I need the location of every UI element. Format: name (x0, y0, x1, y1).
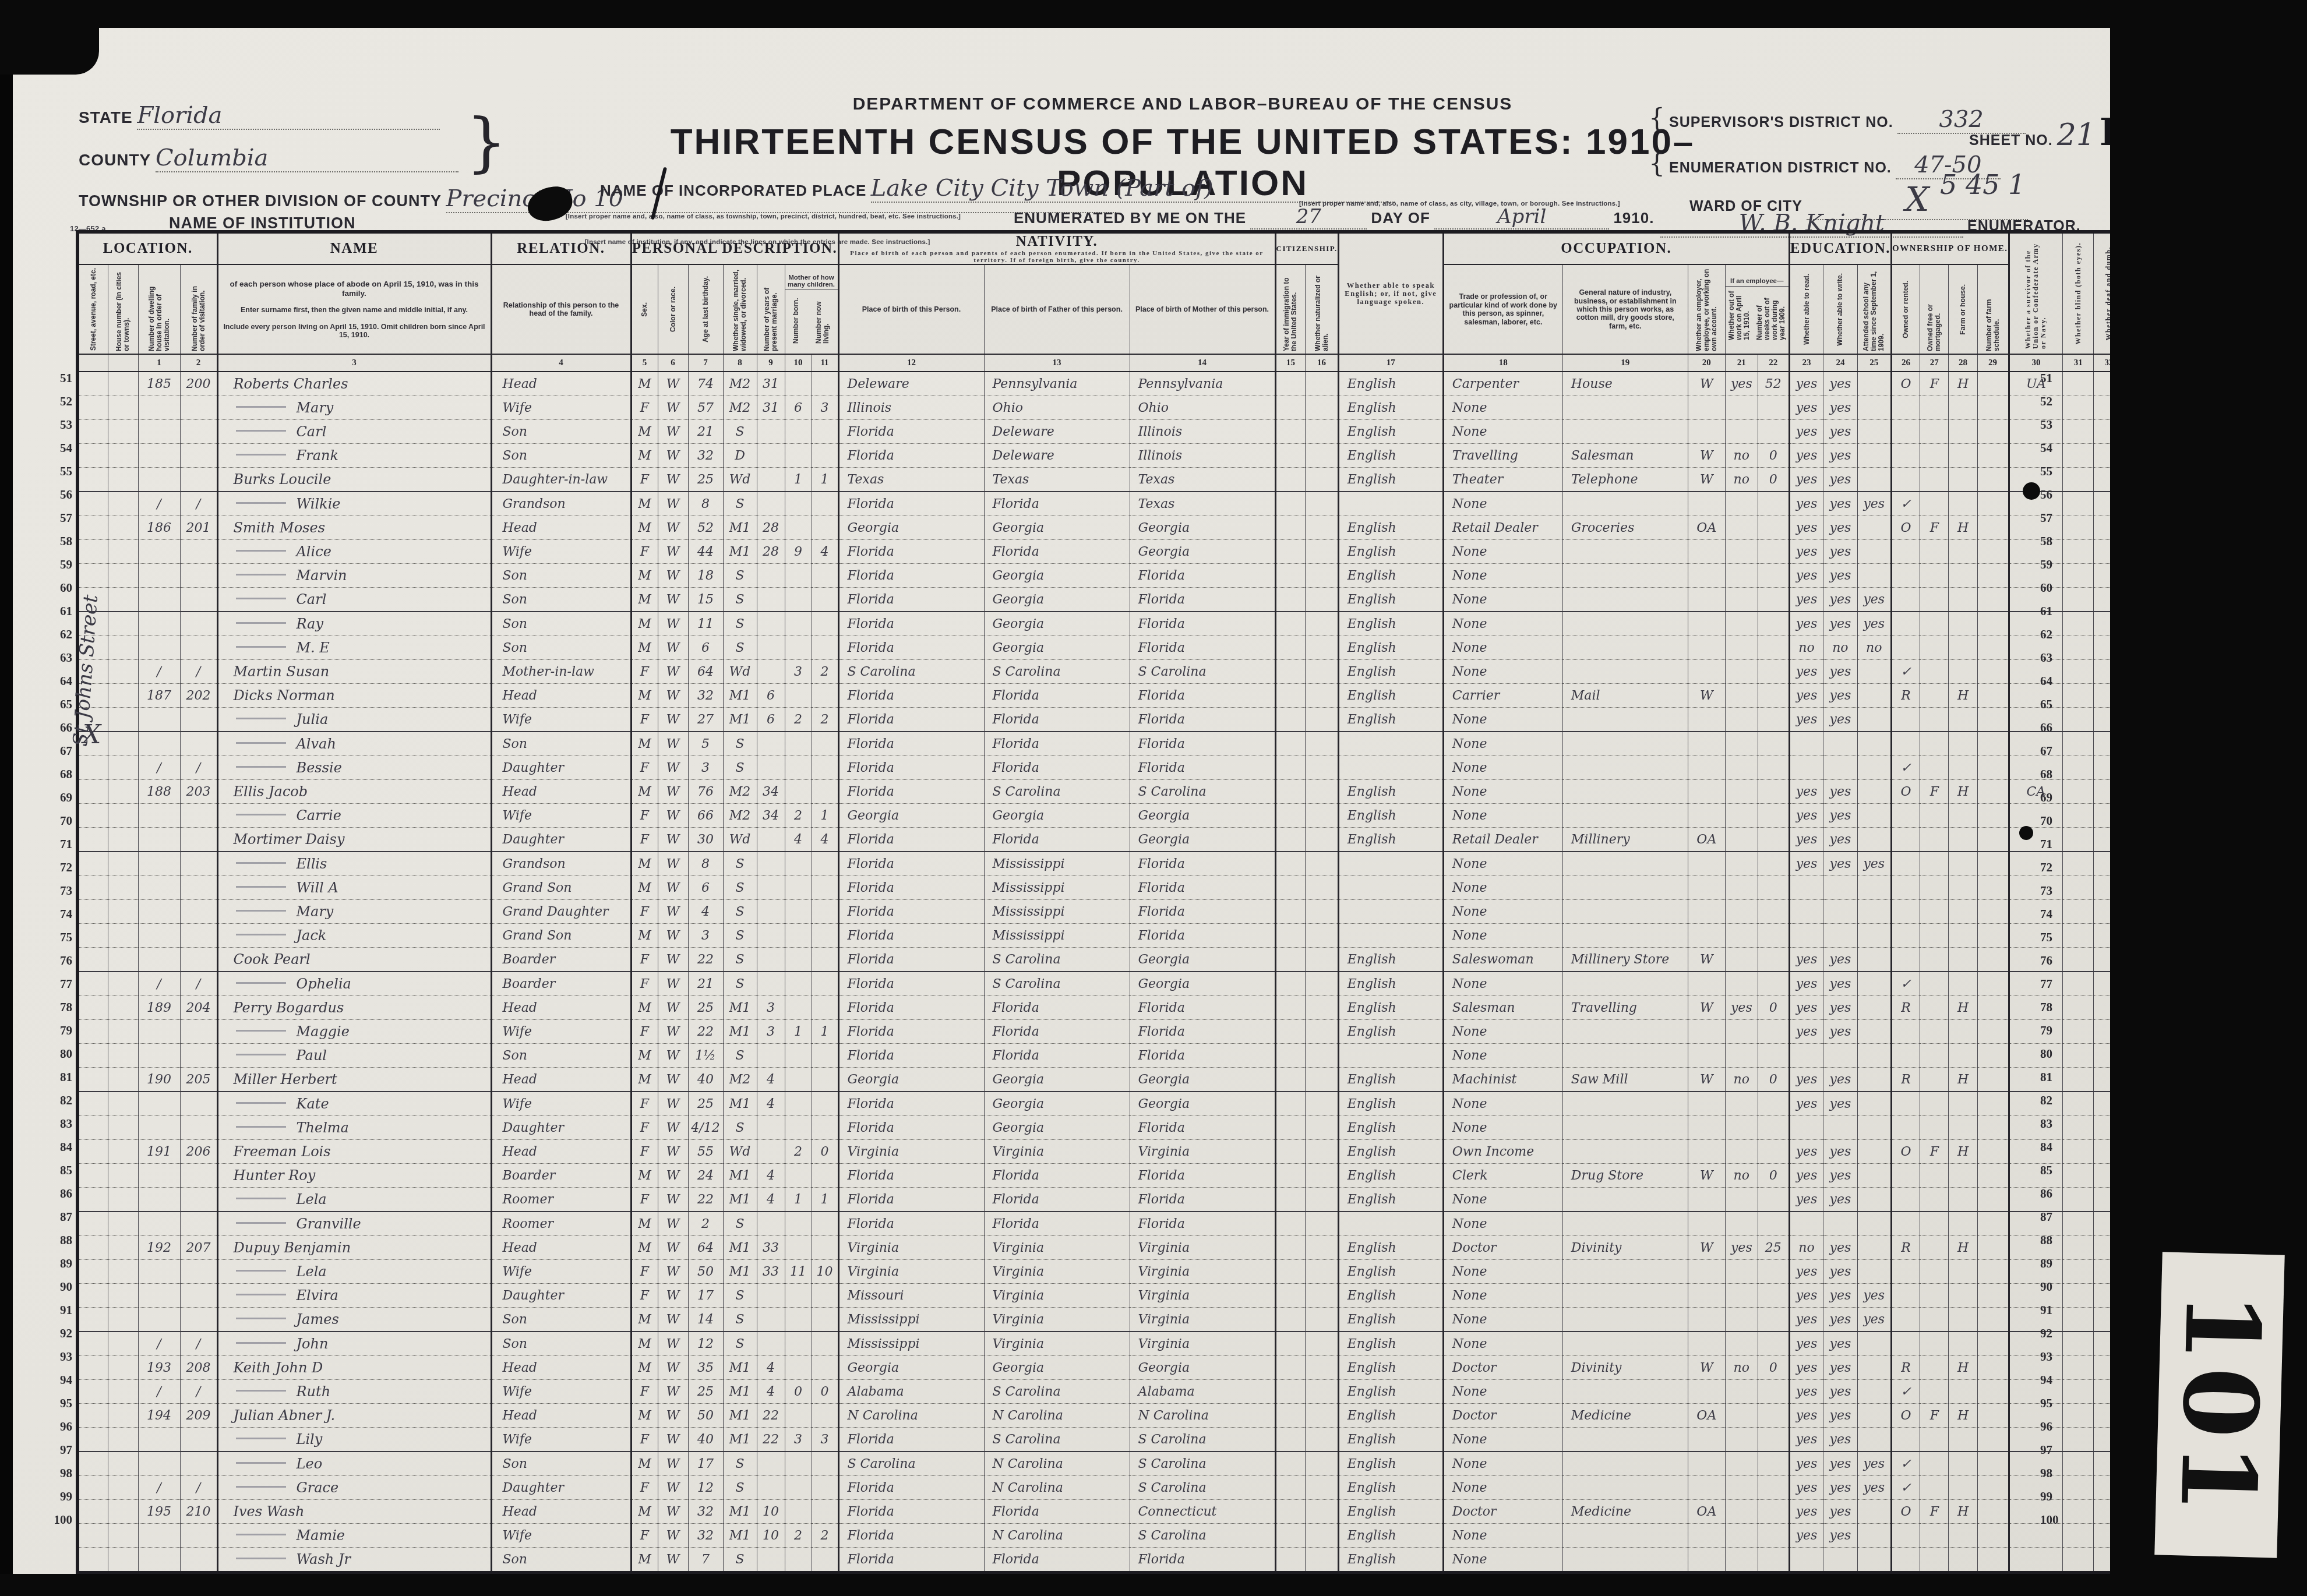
cell-born (785, 948, 812, 972)
cell-born (785, 1068, 812, 1092)
cell-read: yes (1789, 372, 1823, 396)
cell-dw (138, 732, 180, 756)
cell-industry (1562, 1452, 1688, 1476)
cell-school (1857, 708, 1891, 732)
cell-sex: M (631, 1452, 658, 1476)
cell-lang: English (1338, 1308, 1443, 1332)
cell-write: yes (1823, 1260, 1857, 1284)
cell-age: 74 (688, 372, 723, 396)
cell-dw: 186 (138, 516, 180, 540)
cell-weeks: 0 (1758, 444, 1789, 468)
cell-o28 (1949, 924, 1977, 948)
cell-marital: S (723, 924, 757, 948)
group-education: EDUCATION. (1789, 232, 1891, 264)
cell-o26: ✓ (1892, 1380, 1920, 1404)
brace-glyph: } (466, 105, 507, 179)
cell-born: 0 (785, 1380, 812, 1404)
line-number: 98 (45, 1461, 72, 1485)
cell-out (1725, 876, 1758, 900)
cell-weeks (1758, 1548, 1789, 1573)
cell-cls (1688, 588, 1725, 612)
column-number: 6 (658, 354, 688, 372)
cell-nat (1306, 780, 1339, 804)
cell-sex: M (631, 1356, 658, 1380)
cell-weeks (1758, 1332, 1789, 1356)
line-number: 63 (2040, 646, 2067, 669)
line-number: 77 (45, 972, 72, 995)
cell-born (785, 996, 812, 1020)
cell-relation: Wife (491, 1020, 631, 1044)
cell-age: 24 (688, 1164, 723, 1188)
cell-nat (1306, 636, 1339, 660)
cell-street (77, 492, 108, 516)
group-relation: RELATION. (491, 232, 631, 264)
col-language: Whether able to speak English; or, if no… (1338, 232, 1443, 354)
column-number: 14 (1130, 354, 1275, 372)
cell-name: Leo (217, 1452, 491, 1476)
cell-dw: 192 (138, 1236, 180, 1260)
cell-age: 14 (688, 1308, 723, 1332)
cell-age: 15 (688, 588, 723, 612)
cell-school (1857, 420, 1891, 444)
table-row: CarrieWifeFW66M23421GeorgiaGeorgiaGeorgi… (77, 804, 2126, 828)
cell-color: W (658, 564, 688, 588)
cell-dw (138, 1020, 180, 1044)
cell-age: 6 (688, 876, 723, 900)
cell-school (1857, 1356, 1891, 1380)
line-number: 52 (2040, 390, 2067, 413)
cell-industry (1562, 1428, 1688, 1452)
cell-pom: Virginia (1130, 1236, 1275, 1260)
cell-pob: Mississippi (838, 1332, 984, 1356)
scan-margin-top (0, 0, 2307, 28)
cell-pom: Virginia (1130, 1332, 1275, 1356)
line-number: 86 (2040, 1182, 2067, 1205)
scan-corner-blob (0, 0, 99, 75)
cell-born: 6 (785, 396, 812, 420)
cell-blind (2063, 1044, 2094, 1068)
cell-dw (138, 636, 180, 660)
cell-trade: None (1443, 1308, 1562, 1332)
cell-yrs (757, 948, 785, 972)
cell-imm (1275, 468, 1306, 492)
cell-o26 (1892, 708, 1920, 732)
cell-pob: Florida (838, 780, 984, 804)
cell-school (1857, 780, 1891, 804)
cell-cls (1688, 1092, 1725, 1116)
cell-relation: Wife (491, 540, 631, 564)
col-owned-rented: Owned or rented. (1892, 264, 1920, 354)
cell-nat (1306, 1068, 1339, 1092)
cell-cls: W (1688, 1068, 1725, 1092)
cell-house (108, 732, 138, 756)
cell-name: Dicks Norman (217, 684, 491, 708)
cell-name: Carrie (217, 804, 491, 828)
cell-sex: F (631, 1524, 658, 1548)
table-row: ElviraDaughterFW17SMissouriVirginiaVirgi… (77, 1284, 2126, 1308)
cell-marital: M1 (723, 684, 757, 708)
table-row: KateWifeFW25M14FloridaGeorgiaGeorgiaEngl… (77, 1092, 2126, 1116)
cell-industry (1562, 708, 1688, 732)
cell-lang: English (1338, 516, 1443, 540)
cell-industry (1562, 1140, 1688, 1164)
column-number: 10 (785, 354, 812, 372)
cell-o26 (1892, 828, 1920, 852)
cell-marital: S (723, 1548, 757, 1573)
cell-out (1725, 948, 1758, 972)
cell-nat (1306, 1308, 1339, 1332)
cell-marital: M1 (723, 1356, 757, 1380)
cell-imm (1275, 708, 1306, 732)
cell-born (785, 900, 812, 924)
cell-sex: M (631, 1212, 658, 1236)
cell-o27 (1920, 420, 1949, 444)
cell-blind (2063, 708, 2094, 732)
cell-weeks (1758, 1428, 1789, 1452)
cell-fam: 202 (180, 684, 217, 708)
cell-dw: / (138, 492, 180, 516)
line-number: 75 (45, 926, 72, 949)
cell-lang: English (1338, 1140, 1443, 1164)
cell-fam (180, 828, 217, 852)
enumerated-day: 27 (1296, 205, 1321, 228)
cell-born (785, 732, 812, 756)
cell-dw: 187 (138, 684, 180, 708)
cell-house (108, 996, 138, 1020)
line-number: 64 (45, 669, 72, 693)
cell-blind (2063, 1140, 2094, 1164)
cell-cls: W (1688, 1236, 1725, 1260)
cell-pob: Georgia (838, 1356, 984, 1380)
cell-lang: English (1338, 612, 1443, 636)
cell-age: 32 (688, 1524, 723, 1548)
cell-industry (1562, 612, 1688, 636)
cell-age: 22 (688, 1020, 723, 1044)
table-row: AlvahSonMW5SFloridaFloridaFloridaNone (77, 732, 2126, 756)
cell-house (108, 876, 138, 900)
line-number: 54 (2040, 436, 2067, 460)
cell-lang: English (1338, 1476, 1443, 1500)
cell-read (1789, 1548, 1823, 1573)
cell-dw (138, 1092, 180, 1116)
cell-lang: English (1338, 1092, 1443, 1116)
cell-out (1725, 1116, 1758, 1140)
line-number: 71 (45, 832, 72, 856)
cell-sex: M (631, 1548, 658, 1573)
cell-write (1823, 876, 1857, 900)
column-number: 7 (688, 354, 723, 372)
cell-sex: F (631, 1284, 658, 1308)
cell-yrs (757, 828, 785, 852)
cell-write: yes (1823, 1452, 1857, 1476)
cell-nat (1306, 660, 1339, 684)
cell-o29 (1977, 636, 2009, 660)
table-row: 194209Julian Abner J.HeadMW50M122N Carol… (77, 1404, 2126, 1428)
cell-weeks: 52 (1758, 372, 1789, 396)
cell-write: yes (1823, 444, 1857, 468)
cell-pof: S Carolina (984, 972, 1130, 996)
cell-sex: M (631, 492, 658, 516)
cell-house (108, 1140, 138, 1164)
cell-born (785, 372, 812, 396)
line-number: 53 (2040, 413, 2067, 436)
cell-o29 (1977, 1500, 2009, 1524)
cell-color: W (658, 804, 688, 828)
cell-relation: Grandson (491, 492, 631, 516)
table-row: MaryGrand DaughterFW4SFloridaMississippi… (77, 900, 2126, 924)
cell-age: 1½ (688, 1044, 723, 1068)
cell-out (1725, 492, 1758, 516)
cell-nat (1306, 756, 1339, 780)
line-number: 81 (45, 1065, 72, 1089)
table-row: PaulSonMW1½SFloridaFloridaFloridaNone (77, 1044, 2126, 1068)
cell-dw (138, 876, 180, 900)
line-number: 65 (45, 693, 72, 716)
cell-color: W (658, 924, 688, 948)
cell-blind (2063, 1092, 2094, 1116)
cell-out: no (1725, 1356, 1758, 1380)
cell-yrs (757, 636, 785, 660)
cell-living: 4 (812, 540, 838, 564)
cell-relation: Boarder (491, 972, 631, 996)
cell-school: yes (1857, 852, 1891, 876)
table-row: 186201Smith MosesHeadMW52M128GeorgiaGeor… (77, 516, 2126, 540)
cell-yrs (757, 924, 785, 948)
cell-name: Keith John D (217, 1356, 491, 1380)
cell-out: no (1725, 444, 1758, 468)
cell-weeks: 0 (1758, 1164, 1789, 1188)
cell-marital: S (723, 756, 757, 780)
cell-industry (1562, 588, 1688, 612)
line-number: 100 (2040, 1508, 2067, 1531)
cell-school (1857, 1548, 1891, 1573)
cell-pof: Florida (984, 492, 1130, 516)
cell-born (785, 684, 812, 708)
cell-write: yes (1823, 780, 1857, 804)
cell-blind (2063, 540, 2094, 564)
table-row: ThelmaDaughterFW4/12SFloridaGeorgiaFlori… (77, 1116, 2126, 1140)
cell-o26 (1892, 396, 1920, 420)
cell-relation: Son (491, 420, 631, 444)
cell-pob: Alabama (838, 1380, 984, 1404)
cell-nat (1306, 420, 1339, 444)
cell-fam: 200 (180, 372, 217, 396)
cell-trade: None (1443, 1116, 1562, 1140)
cell-age: 3 (688, 756, 723, 780)
cell-fam (180, 1092, 217, 1116)
cell-sex: M (631, 516, 658, 540)
cell-color: W (658, 636, 688, 660)
cell-lang: English (1338, 564, 1443, 588)
cell-dw (138, 1284, 180, 1308)
cell-name: Lela (217, 1260, 491, 1284)
cell-dw (138, 1212, 180, 1236)
cell-living (812, 588, 838, 612)
cell-write: yes (1823, 540, 1857, 564)
cell-blind (2063, 564, 2094, 588)
cell-school (1857, 1092, 1891, 1116)
cell-dw (138, 1164, 180, 1188)
line-number: 60 (45, 576, 72, 599)
cell-pom: Florida (1130, 1212, 1275, 1236)
cell-blind (2063, 900, 2094, 924)
cell-weeks (1758, 1380, 1789, 1404)
cell-out (1725, 1140, 1758, 1164)
cell-o26: R (1892, 1068, 1920, 1092)
cell-living (812, 1068, 838, 1092)
cell-pom: Virginia (1130, 1140, 1275, 1164)
cell-write: yes (1823, 948, 1857, 972)
cell-pob: Florida (838, 996, 984, 1020)
cell-sex: M (631, 1308, 658, 1332)
cell-o27 (1920, 1308, 1949, 1332)
cell-o28 (1949, 396, 1977, 420)
cell-industry (1562, 1380, 1688, 1404)
cell-o27 (1920, 1212, 1949, 1236)
cell-weeks (1758, 684, 1789, 708)
cell-write (1823, 924, 1857, 948)
cell-school (1857, 1212, 1891, 1236)
cell-name: Burks Loucile (217, 468, 491, 492)
cell-o29 (1977, 516, 2009, 540)
cell-o29 (1977, 1236, 2009, 1260)
cell-fam (180, 588, 217, 612)
cell-nat (1306, 972, 1339, 996)
cell-name: Roberts Charles (217, 372, 491, 396)
cell-age: 11 (688, 612, 723, 636)
cell-house (108, 1380, 138, 1404)
cell-color: W (658, 852, 688, 876)
cell-nat (1306, 1116, 1339, 1140)
cell-living (812, 516, 838, 540)
cell-pom: Georgia (1130, 540, 1275, 564)
cell-living (812, 1500, 838, 1524)
cell-imm (1275, 996, 1306, 1020)
cell-weeks (1758, 1044, 1789, 1068)
cell-cls: W (1688, 444, 1725, 468)
cell-cls (1688, 1476, 1725, 1500)
cell-imm (1275, 948, 1306, 972)
table-row: MaryWifeFW57M23163IllinoisOhioOhioEnglis… (77, 396, 2126, 420)
cell-nat (1306, 372, 1339, 396)
cell-weeks (1758, 588, 1789, 612)
cell-pom: Georgia (1130, 804, 1275, 828)
cell-fam (180, 468, 217, 492)
cell-school (1857, 1140, 1891, 1164)
line-number: 66 (45, 716, 72, 739)
cell-yrs: 4 (757, 1092, 785, 1116)
cell-write: yes (1823, 1284, 1857, 1308)
cell-living: 1 (812, 1020, 838, 1044)
cell-color: W (658, 1044, 688, 1068)
cell-o28 (1949, 756, 1977, 780)
cell-dw (138, 924, 180, 948)
cell-name: Miller Herbert (217, 1068, 491, 1092)
cell-school (1857, 1380, 1891, 1404)
cell-pof: S Carolina (984, 948, 1130, 972)
cell-street (77, 1356, 108, 1380)
cell-living (812, 924, 838, 948)
cell-read: yes (1789, 444, 1823, 468)
cell-school (1857, 1116, 1891, 1140)
cell-industry: Divinity (1562, 1236, 1688, 1260)
col-pob-father: Place of birth of Father of this person. (984, 264, 1130, 354)
cell-yrs (757, 1044, 785, 1068)
cell-school (1857, 732, 1891, 756)
cell-pom: S Carolina (1130, 1476, 1275, 1500)
cell-pof: Florida (984, 1212, 1130, 1236)
cell-read: yes (1789, 660, 1823, 684)
cell-fam (180, 876, 217, 900)
cell-read: yes (1789, 1020, 1823, 1044)
cell-write: yes (1823, 1404, 1857, 1428)
cell-lang: English (1338, 588, 1443, 612)
cell-street (77, 1212, 108, 1236)
cell-yrs: 3 (757, 996, 785, 1020)
cell-out: yes (1725, 996, 1758, 1020)
cell-nat (1306, 444, 1339, 468)
cell-o29 (1977, 612, 2009, 636)
cell-cls (1688, 1452, 1725, 1476)
cell-o29 (1977, 1452, 2009, 1476)
cell-born (785, 564, 812, 588)
cell-house (108, 636, 138, 660)
cell-pob: Florida (838, 636, 984, 660)
cell-fam (180, 636, 217, 660)
cell-nat (1306, 1500, 1339, 1524)
cell-dw (138, 1260, 180, 1284)
cell-trade: None (1443, 708, 1562, 732)
cell-read (1789, 1116, 1823, 1140)
cell-pof: N Carolina (984, 1452, 1130, 1476)
cell-living: 2 (812, 1524, 838, 1548)
cell-weeks (1758, 876, 1789, 900)
line-number: 78 (45, 995, 72, 1019)
cell-industry (1562, 1092, 1688, 1116)
cell-fam (180, 612, 217, 636)
cell-yrs: 4 (757, 1188, 785, 1212)
cell-sex: F (631, 1428, 658, 1452)
cell-weeks (1758, 1452, 1789, 1476)
cell-imm (1275, 756, 1306, 780)
cell-read: yes (1789, 972, 1823, 996)
column-number: 31 (2063, 354, 2094, 372)
cell-o28 (1949, 1260, 1977, 1284)
cell-nat (1306, 540, 1339, 564)
cell-street (77, 1236, 108, 1260)
line-number: 70 (45, 809, 72, 832)
cell-lang: English (1338, 444, 1443, 468)
cell-born (785, 1356, 812, 1380)
cell-fam: / (180, 1380, 217, 1404)
cell-sex: M (631, 1404, 658, 1428)
cell-name: Freeman Lois (217, 1140, 491, 1164)
table-row: LelaRoomerFW22M1411FloridaFloridaFlorida… (77, 1188, 2126, 1212)
cell-yrs: 34 (757, 780, 785, 804)
cell-weeks: 0 (1758, 996, 1789, 1020)
cell-cls (1688, 876, 1725, 900)
table-row: 192207Dupuy BenjaminHeadMW64M133Virginia… (77, 1236, 2126, 1260)
cell-o28: H (1949, 996, 1977, 1020)
enumerated-month: April (1497, 205, 1546, 228)
cell-pom: Florida (1130, 1044, 1275, 1068)
cell-house (108, 468, 138, 492)
cell-blind (2063, 780, 2094, 804)
cell-read: yes (1789, 540, 1823, 564)
cell-marital: S (723, 564, 757, 588)
cell-industry (1562, 1212, 1688, 1236)
col-age: Age at last birthday. (688, 264, 723, 354)
